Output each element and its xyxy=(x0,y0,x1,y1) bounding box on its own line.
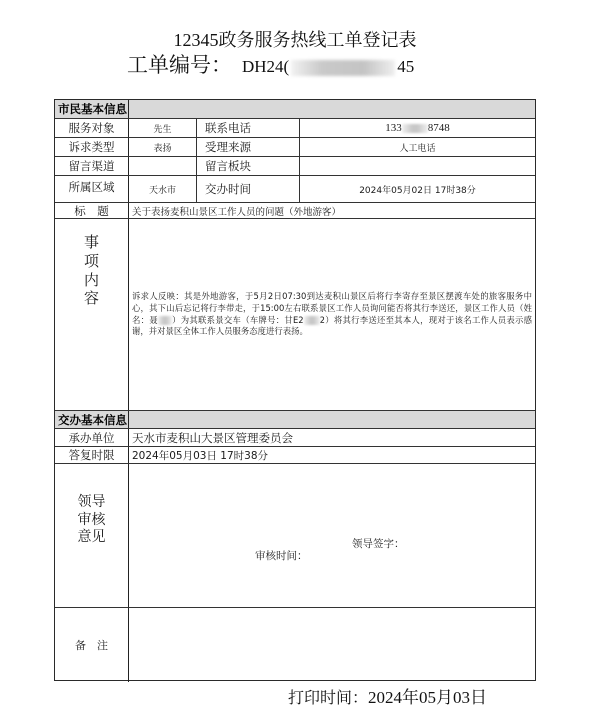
label-char: 内 xyxy=(84,271,99,290)
work-order-table: 市民基本信息 服务对象 先生 联系电话 1338748 诉求类型 表扬 受理来源… xyxy=(54,99,536,681)
value-title: 关于表扬麦积山景区工作人员的问题（外地游客） xyxy=(129,203,535,218)
print-time-label: 打印时间： xyxy=(288,688,368,707)
phone-prefix: 133 xyxy=(385,122,402,134)
order-number-label: 工单编号： xyxy=(127,49,232,79)
value-acceptance-source: 人工电话 xyxy=(300,138,535,156)
value-message-board xyxy=(300,157,535,175)
label-handler: 承办单位 xyxy=(55,429,129,446)
section-header-fill xyxy=(129,411,535,428)
label-message-channel: 留言渠道 xyxy=(55,157,129,175)
citizen-section-header: 市民基本信息 xyxy=(55,100,535,119)
label-char: 项 xyxy=(84,252,99,271)
label-contact-phone: 联系电话 xyxy=(197,119,300,137)
print-time-value: 2024年05月03日 xyxy=(368,688,487,707)
label-content: 事 项 内 容 xyxy=(55,219,129,410)
value-contact-phone: 1338748 xyxy=(300,119,535,137)
table-row-service-target: 服务对象 先生 联系电话 1338748 xyxy=(55,119,535,138)
label-service-target: 服务对象 xyxy=(55,119,129,137)
order-number: 工单编号： DH24(45 xyxy=(127,49,414,79)
label-remarks: 备 注 xyxy=(55,608,129,682)
table-row-remarks: 备 注 xyxy=(55,608,535,682)
citizen-section-heading: 市民基本信息 xyxy=(55,100,129,118)
assign-section-header: 交办基本信息 xyxy=(55,411,535,429)
redacted-blur xyxy=(291,60,395,76)
review-time-label: 审核时间： xyxy=(255,548,308,563)
value-request-type: 表扬 xyxy=(129,138,197,156)
value-handler: 天水市麦积山大景区管理委员会 xyxy=(129,429,535,446)
table-row-request-type: 诉求类型 表扬 受理来源 人工电话 xyxy=(55,138,535,157)
assign-section-heading: 交办基本信息 xyxy=(55,411,129,428)
table-row-region: 所属区域 天水市 交办时间 2024年05月02日 17时38分 xyxy=(55,176,535,203)
redacted-blur xyxy=(158,316,172,325)
value-message-channel xyxy=(129,157,197,175)
redacted-blur xyxy=(304,316,320,325)
label-line: 意见 xyxy=(78,529,106,547)
label-char: 事 xyxy=(84,233,99,252)
content-paragraph: 诉求人反映：其是外地游客，于5月2日07:30到达麦积山景区后将行李寄存至景区摆… xyxy=(132,291,532,337)
signature-label: 领导签字： xyxy=(352,536,405,551)
value-remarks[interactable] xyxy=(129,608,535,682)
label-region: 所属区域 xyxy=(55,176,129,202)
order-number-suffix: 45 xyxy=(397,57,414,76)
value-assign-time: 2024年05月02日 17时38分 xyxy=(300,176,535,202)
table-row-message-channel: 留言渠道 留言板块 xyxy=(55,157,535,176)
label-title: 标 题 xyxy=(55,203,129,218)
label-leader-review: 领导 审核 意见 xyxy=(55,464,129,607)
table-row-handler: 承办单位 天水市麦积山大景区管理委员会 xyxy=(55,429,535,447)
section-header-fill xyxy=(129,100,535,118)
label-acceptance-source: 受理来源 xyxy=(197,138,300,156)
label-line: 领导 xyxy=(78,494,106,512)
order-number-value: DH24(45 xyxy=(242,57,414,77)
content-part2: ）为其联系景交车（车牌号：甘E2 xyxy=(172,315,304,325)
table-row-content: 事 项 内 容 诉求人反映：其是外地游客，于5月2日07:30到达麦积山景区后将… xyxy=(55,219,535,411)
label-request-type: 诉求类型 xyxy=(55,138,129,156)
phone-suffix: 8748 xyxy=(428,122,450,134)
form-title-text: 12345政务服务热线工单登记表 xyxy=(174,30,417,50)
value-region: 天水市 xyxy=(129,176,197,202)
value-deadline: 2024年05月03日 17时38分 xyxy=(129,447,535,463)
leader-review-area[interactable]: 领导签字： 审核时间： xyxy=(129,464,535,607)
redacted-blur xyxy=(402,124,428,133)
value-content: 诉求人反映：其是外地游客，于5月2日07:30到达麦积山景区后将行李寄存至景区摆… xyxy=(129,219,535,410)
label-assign-time: 交办时间 xyxy=(197,176,300,202)
label-line: 审核 xyxy=(78,512,106,530)
label-deadline: 答复时限 xyxy=(55,447,129,463)
table-row-title: 标 题 关于表扬麦积山景区工作人员的问题（外地游客） xyxy=(55,203,535,219)
table-row-deadline: 答复时限 2024年05月03日 17时38分 xyxy=(55,447,535,464)
order-number-prefix: DH24( xyxy=(242,57,289,76)
table-row-leader-review: 领导 审核 意见 领导签字： 审核时间： xyxy=(55,464,535,608)
print-time: 打印时间：2024年05月03日 xyxy=(288,683,487,708)
value-service-target: 先生 xyxy=(129,119,197,137)
label-char: 容 xyxy=(84,289,99,308)
label-message-board: 留言板块 xyxy=(197,157,300,175)
content-name: 聂 xyxy=(149,315,158,325)
